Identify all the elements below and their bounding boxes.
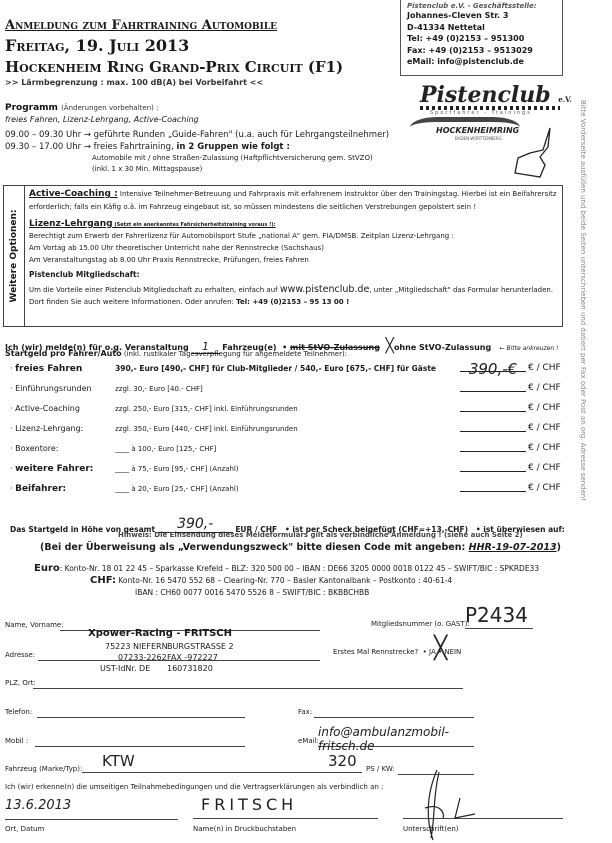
fee-label: weitere Fahrer: [15,464,115,474]
fee-amount-field[interactable]: 390,-€ [460,360,526,372]
chf-bank: CHF: Konto-Nr. 16 5470 552 68 – Clearing… [90,575,452,586]
fee-amount-field[interactable] [460,480,526,492]
fee-amount-field[interactable] [460,460,526,472]
euro-bank: Euro: Konto-Nr. 18 01 22 45 – Sparkasse … [34,563,539,574]
currency-label: € / CHF [528,363,561,373]
membership-link[interactable]: www.pistenclub.de [280,284,369,295]
vehicle-field[interactable]: KTW [82,752,362,773]
fee-label: Einführungsrunden [15,384,115,393]
fax: Fax: +49 (0)2153 – 9513029 [407,45,562,57]
binding-hint: Hinweis: Die Einsendung dieses Meldeform… [118,531,523,539]
consent-text: Ich (wir) erkenne(n) die umseitigen Teil… [5,783,383,791]
date-field[interactable]: 13.6.2013 [5,798,178,820]
schedule-line-2: 09.30 – 17.00 Uhr → freies Fahrtraining,… [5,142,290,152]
membership-title: Pistenclub Mitgliedschaft: [29,270,140,279]
lizenz-title: Lizenz-Lehrgang (Setzt ein anerkanntes F… [29,219,276,229]
active-coaching-line1: Active-Coaching : Intensive Teilnehmer-B… [29,189,557,199]
track-map-icon [510,125,560,180]
program-heading: Programm (Änderungen vorbehalten) : [5,103,158,113]
lizenz-line3: Am Veranstaltungstag ab 8.00 Uhr Praxis … [29,256,309,264]
fax-label: Fax: [298,708,312,716]
fee-description: ____ à 100,- Euro [125,- CHF] [115,445,216,453]
fee-label: Lizenz-Lehrgang: [15,424,115,433]
stamp-phone: 07233-2262 [118,653,167,662]
startgeld-heading: Startgeld pro Fahrer/Auto (inkl. rustika… [5,349,347,358]
fee-amount-field[interactable] [460,420,526,432]
pistenclub-logo: Pistenclub e.V. [420,82,572,108]
active-coaching-line2: erforderlich; falls ein Käfig o.ä. im Fa… [29,203,476,211]
currency-label: € / CHF [528,403,561,413]
phone: Tel: +49 (0)2153 – 951300 [407,33,562,45]
email: eMail: info@pistenclub.de [407,56,562,68]
mobile-field[interactable] [35,736,245,747]
schedule-line-3: Automobile mit / ohne Straßen-Zulassung … [92,154,373,162]
fee-row: · Beifahrer:____ à 20,- Euro [25,- CHF] … [10,484,239,494]
fee-description: ____ à 75,- Euro [95,- CHF] (Anzahl) [115,465,239,473]
side-note: Bitte Vorderseite ausfüllen und beide Se… [579,100,587,501]
email-field[interactable]: info@ambulanzmobil-fritsch.de [318,725,474,747]
fee-amount-field[interactable] [460,400,526,412]
fee-row: · weitere Fahrer:____ à 75,- Euro [95,- … [10,464,239,474]
print-name-label: Name(n) in Druckbuchstaben [193,825,296,833]
checkbox-mark-icon[interactable]: ╳ [386,338,394,354]
fee-label: Boxentore: [15,444,115,453]
signature-label: Unterschrift(en) [403,825,459,833]
fee-row: · Lizenz-Lehrgang:zzgl. 350,- Euro [440,… [10,424,298,433]
email-label: eMail: [298,737,319,745]
fee-label: Active-Coaching [15,404,115,413]
fee-description: ____ à 20,- Euro [25,- CHF] (Anzahl) [115,485,239,493]
member-number-label: Mitgliedsnummer (o. GAST): [371,620,470,628]
fee-description: zzgl. 250,- Euro [315,- CHF] inkl. Einfü… [115,405,298,413]
fee-description: 390,- Euro [490,- CHF] für Club-Mitglied… [115,364,436,373]
plz-label: PLZ, Ort: [5,679,36,687]
fee-label: Beifahrer: [15,484,115,494]
reference-code-line: (Bei der Überweisung als „Verwendungszwe… [40,542,561,553]
options-box: Weitere Optionen: Active-Coaching : Inte… [3,185,563,327]
mobile-label: Mobil : [5,737,28,745]
fee-row: · freies Fahren390,- Euro [490,- CHF] fü… [10,364,436,374]
lizenz-line2: Am Vortag ab 15.00 Uhr theoretischer Unt… [29,244,324,252]
vehicle-label: Fahrzeug (Marke/Typ): [5,765,82,773]
membership-line2: Dort finden Sie auch weitere Information… [29,298,349,306]
hockenheimring-logo: HOCKENHEIMRING [436,126,519,135]
chf-iban: IBAN : CH60 0077 0016 5470 5526 8 – SWIF… [135,588,369,597]
name-label: Name, Vorname: [5,621,64,629]
fax-field[interactable] [314,707,474,718]
fee-description: zzgl. 30,- Euro [40.- CHF] [115,385,203,393]
print-name-field[interactable]: FRITSCH [193,795,378,819]
power-label: PS / KW: [366,765,395,773]
membership-line1: Um die Vorteile einer Pistenclub Mitglie… [29,284,553,295]
program-subtitle: freies Fahren, Lizenz-Lehrgang, Active-C… [5,115,199,124]
stamp-vat-label: UST-IdNr. DE [100,664,150,673]
reference-code: HHR-19-07-2013 [469,542,557,553]
form-title: Anmeldung zum Fahrtraining Automobile [5,18,277,33]
address-label: Adresse: [5,651,35,659]
fee-row: · Boxentore:____ à 100,- Euro [125,- CHF… [10,444,216,453]
currency-label: € / CHF [528,443,561,453]
plz-field[interactable] [33,678,463,689]
stamp-street: BURGSTRASSE 2 [167,642,234,651]
currency-label: € / CHF [528,423,561,433]
noise-limit: >> Lärmbegrenzung : max. 100 dB(A) bei V… [5,78,263,87]
fee-row: · Einführungsrundenzzgl. 30,- Euro [40.-… [10,384,203,393]
event-venue: Hockenheim Ring Grand-Prix Circuit (F1) [5,58,343,76]
stamp-city: 75223 NIEFERN [105,642,168,651]
phone-field[interactable] [37,707,245,718]
lizenz-line1: Berechtigt zum Erwerb der Fahrerlizenz f… [29,232,454,240]
street: Johannes-Cleven Str. 3 [407,10,562,22]
power-value[interactable]: 320 [328,752,357,770]
pistenclub-tagline: Sportfahrer - Trainings [430,110,532,116]
currency-label: € / CHF [528,483,561,493]
address-box: Pistenclub e.V. - Geschäftsstelle: Johan… [400,0,563,76]
fee-label: freies Fahren [15,364,115,374]
club-office: Pistenclub e.V. - Geschäftsstelle: [407,2,562,10]
schedule-line-4: (inkl. 1 x 30 Min. Mittagspause) [92,165,202,173]
stamp-fax: FAX -972227 [167,653,218,662]
fee-amount-field[interactable] [460,440,526,452]
fee-description: zzgl. 350,- Euro [440,- CHF] inkl. Einfü… [115,425,298,433]
member-number-field[interactable]: P2434 [465,603,533,629]
stamp-company: Xpower-Racing - FRITSCH [88,628,232,639]
city: D-41334 Nettetal [407,22,562,34]
options-side-label: Weitere Optionen: [4,186,25,326]
event-date: Freitag, 19. Juli 2013 [5,36,189,55]
hockenheimring-region: BADEN-WÜRTTEMBERG [455,136,502,141]
fee-row: · Active-Coachingzzgl. 250,- Euro [315,-… [10,404,298,413]
cross-mark-icon: ╳ [434,636,447,661]
fee-amount-field[interactable] [460,380,526,392]
phone-label: Telefon: [5,708,32,716]
currency-label: € / CHF [528,463,561,473]
option-without-registration[interactable]: ohne StVO-Zulassung [394,343,491,352]
date-label: Ort, Datum [5,825,44,833]
currency-label: € / CHF [528,383,561,393]
schedule-line-1: 09.00 – 09.30 Uhr → geführte Runden „Gui… [5,130,389,140]
stamp-vat: 160731820 [167,664,213,673]
